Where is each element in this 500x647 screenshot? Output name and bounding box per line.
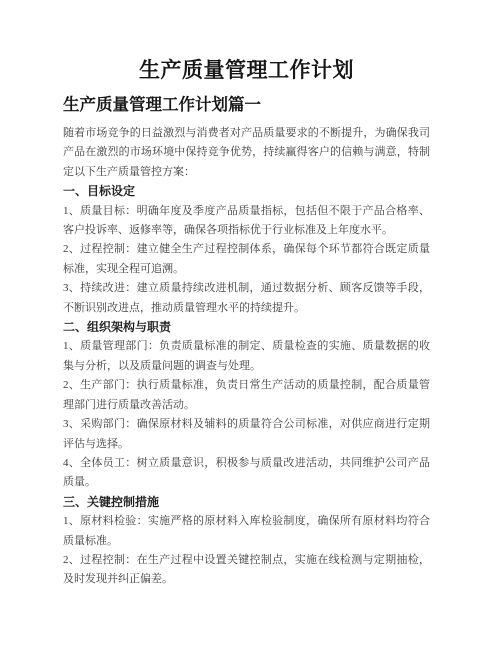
intro-paragraph: 随着市场竞争的日益激烈与消费者对产品质量要求的不断提升，为确保我司产品在激烈的市… [63,124,430,182]
document-page: 生产质量管理工作计划 生产质量管理工作计划篇一 随着市场竞争的日益激烈与消费者对… [0,0,500,647]
goal-item-process-control: 2、过程控制：建立健全生产过程控制体系，确保每个环节都符合既定质量标准，实现全程… [63,240,430,279]
document-body: 随着市场竞争的日益激烈与消费者对产品质量要求的不断提升，为确保我司产品在激烈的市… [63,124,430,590]
org-item-all-staff: 4、全体员工：树立质量意识，积极参与质量改进活动，共同维护公司产品质量。 [63,454,430,493]
section-heading-key-control-measures: 三、关键控制措施 [63,493,430,512]
goal-item-continuous-improvement: 3、持续改进：建立质量持续改进机制，通过数据分析、顾客反馈等手段，不断识别改进点… [63,279,430,318]
org-item-purchasing-dept: 3、采购部门：确保原材料及辅料的质量符合公司标准，对供应商进行定期评估与选择。 [63,415,430,454]
goal-item-quality-target: 1、质量目标：明确年度及季度产品质量指标，包括但不限于产品合格率、客户投诉率、返… [63,202,430,241]
section-heading-goal-setting: 一、目标设定 [63,182,430,201]
measure-item-raw-material-inspection: 1、原材料检验：实施严格的原材料入库检验制度，确保所有原材料均符合质量标准。 [63,512,430,551]
document-title: 生产质量管理工作计划 [63,55,430,85]
org-item-production-dept: 2、生产部门：执行质量标准，负责日常生产活动的质量控制，配合质量管理部门进行质量… [63,376,430,415]
section-heading-organization-duties: 二、组织架构与职责 [63,318,430,337]
org-item-quality-dept: 1、质量管理部门：负责质量标准的制定、质量检查的实施、质量数据的收集与分析，以及… [63,337,430,376]
document-subtitle: 生产质量管理工作计划篇一 [63,93,430,117]
measure-item-process-control: 2、过程控制：在生产过程中设置关键控制点，实施在线检测与定期抽检，及时发现并纠正… [63,551,430,590]
